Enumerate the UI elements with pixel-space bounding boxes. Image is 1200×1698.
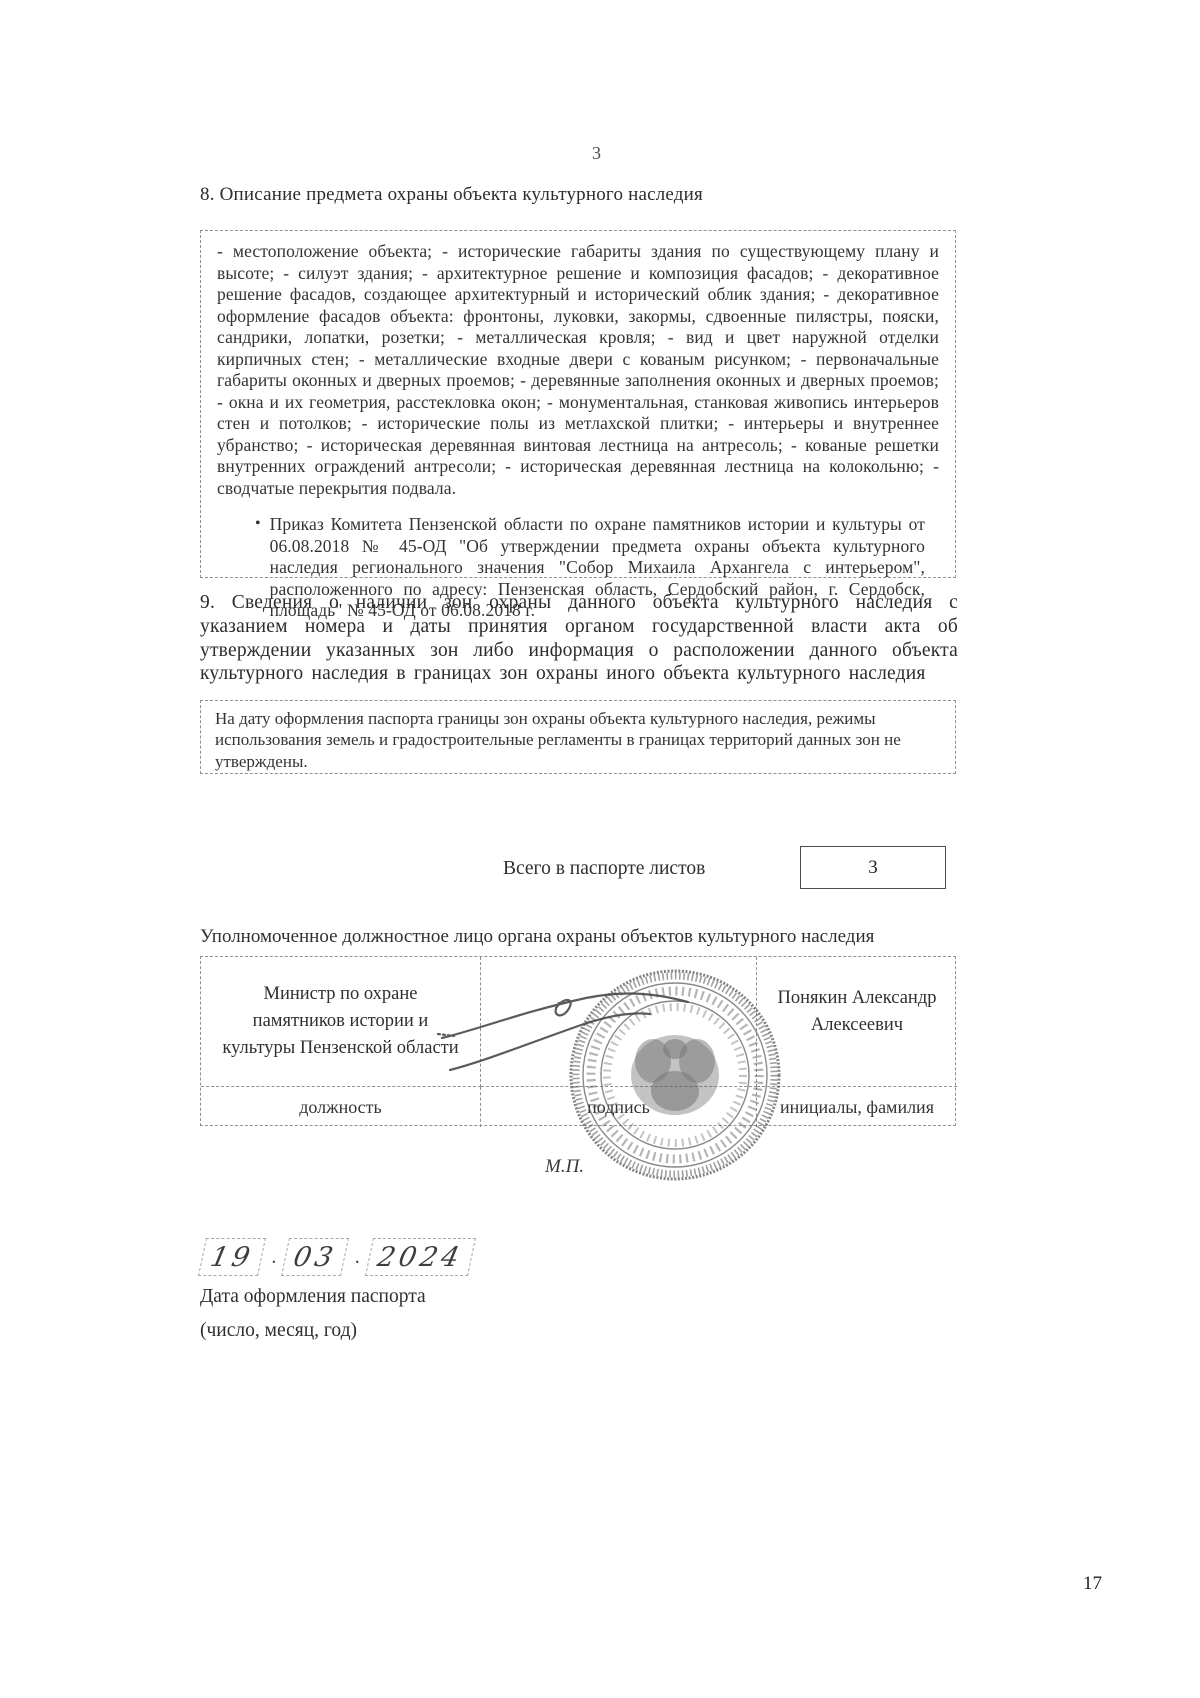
date-separator: . (271, 1246, 276, 1269)
date-format-hint: (число, месяц, год) (200, 1320, 357, 1342)
protection-subject-text: - местоположение объекта; - исторические… (217, 241, 939, 499)
date-year-box: 2024 (365, 1238, 476, 1276)
position-caption: должность (201, 1087, 481, 1127)
protection-zones-text: На дату оформления паспорта границы зон … (215, 708, 941, 772)
section-9-heading: 9. Сведения о наличии зон охраны данного… (200, 591, 958, 686)
page-number: 17 (1083, 1573, 1102, 1595)
stamp-place-caption: М.П. (545, 1156, 584, 1178)
date-month-box: 03 (281, 1238, 349, 1276)
section-8-heading: 8. Описание предмета охраны объекта куль… (200, 184, 960, 206)
date-separator: . (355, 1246, 360, 1269)
total-sheets-value-box: 3 (800, 846, 946, 889)
date-day-box: 19 (198, 1238, 266, 1276)
passport-document-page: 3 8. Описание предмета охраны объекта ку… (0, 0, 1200, 1698)
date-label: Дата оформления паспорта (200, 1286, 426, 1308)
section-9-box: На дату оформления паспорта границы зон … (200, 700, 956, 774)
total-sheets-value: 3 (868, 857, 878, 879)
total-sheets-label: Всего в паспорте листов (503, 858, 705, 880)
authorized-official-heading: Уполномоченное должностное лицо органа о… (200, 926, 980, 948)
passport-date: 19 . 03 . 2024 (202, 1238, 471, 1276)
signature-handwriting (436, 972, 706, 1092)
sheet-number: 3 (592, 143, 601, 164)
section-8-box: - местоположение объекта; - исторические… (200, 230, 956, 578)
